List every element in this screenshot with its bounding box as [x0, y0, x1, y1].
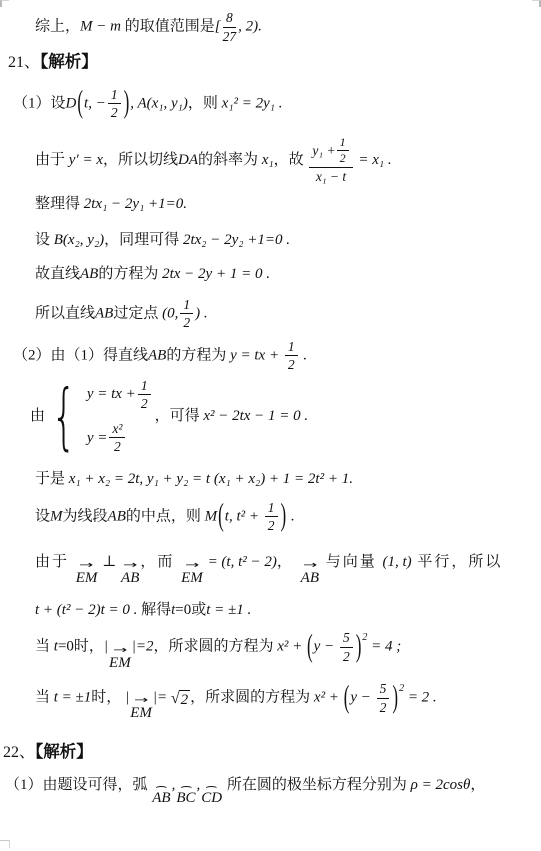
math-run: AB — [95, 305, 113, 321]
line-line-ab-equation: 故直线AB的方程为 2tx − 2y + 1 = 0 . — [35, 264, 535, 284]
math-run: y′ = x — [69, 152, 103, 168]
heading-problem-22: 22、【解析】 — [3, 741, 535, 764]
denominator: 2 — [141, 395, 148, 412]
vector-arrow-icon: → — [79, 563, 93, 570]
big-paren: ( — [77, 82, 83, 124]
text-run: 与向量 — [320, 554, 383, 570]
text-run: =0时， — [58, 639, 104, 655]
text-run: 所以直线 — [35, 305, 95, 321]
text-run: ， — [277, 554, 300, 570]
math-run: x₁ + x₂ = 2t, y₁ + y₂ = t (x₁ + x₂) + 1 … — [69, 471, 353, 487]
fraction: 12 — [108, 87, 121, 121]
vector: →EM — [109, 648, 131, 672]
vector: →AB — [121, 563, 139, 587]
math-run: | — [104, 639, 108, 655]
numerator: 1 — [337, 136, 349, 152]
math-run: D — [66, 95, 77, 111]
math-run: y = tx + — [87, 384, 136, 404]
text-run: ，可得 — [155, 408, 204, 424]
math-run: , — [197, 777, 201, 793]
math-run: , — [172, 777, 176, 793]
system-row-2: y = x²2 — [87, 421, 128, 455]
math-run: , 2). — [238, 18, 262, 34]
fraction: x²2 — [109, 421, 125, 455]
math-run: M — [50, 508, 63, 524]
math-run: . — [287, 508, 295, 524]
text-run: 的中点，则 — [126, 508, 205, 524]
line-point-b: 设 B(x₂, y₂)，同理可得 2tx₂ − 2y₂ +1=0 . — [35, 230, 535, 250]
numerator: 5 — [377, 681, 390, 699]
text-run: 的斜率为 — [198, 152, 262, 168]
vector-arrow-icon: → — [113, 648, 127, 655]
fraction: y₁ + 12x₁ − t — [309, 136, 352, 185]
math-run: t = ±1 — [54, 690, 92, 706]
fraction: 12 — [285, 339, 298, 373]
vector-label: EM — [109, 655, 131, 672]
math-run: = x₁ . — [355, 152, 392, 168]
text-run: =0或 — [175, 602, 206, 618]
math-run: x₁² = 2y₁ . — [222, 95, 283, 111]
heading-label: 【解析】 — [40, 52, 98, 71]
text-run: 时， — [91, 690, 125, 706]
text-run: ，所求圆的方程为 — [153, 639, 277, 655]
denominator: 2 — [380, 699, 387, 716]
line-setup-points: （1）设D(t, −12), A(x₁, y₁)，则 x₁² = 2y₁ . — [13, 87, 535, 121]
math-run: y − — [350, 690, 374, 706]
vector: →EM — [76, 563, 98, 587]
numerator: 1 — [265, 500, 278, 518]
text-run: ，所求圆的方程为 — [190, 690, 314, 706]
line-simplify: 整理得 2tx₁ − 2y₁ +1=0. — [35, 194, 535, 214]
big-paren: ( — [218, 496, 224, 538]
text-run: （1）由题设可得，弧 — [5, 777, 151, 793]
math-run: x² − 2tx − 1 = 0 . — [203, 408, 308, 424]
vector-arrow-icon: → — [185, 563, 199, 570]
math-run: t, − — [84, 95, 106, 111]
arc: ⌢AB — [152, 784, 170, 807]
system-row-1: y = tx + 12 — [87, 378, 153, 412]
math-run: x₁ − t — [316, 169, 346, 185]
denominator: 2 — [343, 648, 350, 665]
math-run: x² + — [314, 690, 343, 706]
line-arc-polar: （1）由题设可得，弧 ⌢AB,⌢BC,⌢CD 所在圆的极坐标方程分别为 ρ = … — [5, 775, 535, 807]
vector-label: EM — [76, 570, 98, 587]
fraction: 12 — [265, 500, 278, 534]
big-paren: ( — [307, 626, 313, 668]
text-run: 的方程为 — [166, 347, 230, 363]
solution-document-page: 综上，M − m 的取值范围是[827, 2). 21、【解析】 （1）设D(t… — [0, 0, 541, 851]
math-run: t + (t² − 2)t = 0 . — [35, 602, 137, 618]
math-run: ) . — [195, 305, 208, 321]
arc-icon: ⌢ — [180, 784, 193, 790]
vector-arrow-icon: → — [134, 698, 148, 705]
numerator: y₁ + 12 — [309, 136, 352, 169]
text-run: 设 — [35, 508, 50, 524]
numerator: 5 — [340, 630, 353, 648]
line-solve-t: t + (t² − 2)t = 0 . 解得t=0或t = ±1 . — [35, 600, 535, 620]
denominator: 2 — [111, 104, 118, 121]
text-run: 整理得 — [35, 196, 84, 212]
math-run: t, t² + — [225, 508, 263, 524]
denominator: 2 — [114, 438, 121, 455]
math-run: M — [205, 508, 218, 524]
text-run: 由于 — [35, 554, 75, 570]
math-run: |= — [153, 690, 171, 706]
math-run: B(x₂, y₂) — [54, 232, 104, 248]
math-run: y₁ + — [312, 143, 335, 159]
line-case-t1: 当 t = ±1时， |→EM|= √2，所求圆的方程为 x² + (y − 5… — [35, 681, 535, 722]
denominator: 27 — [223, 28, 237, 45]
denominator: 2 — [288, 356, 295, 373]
math-run: x² + — [277, 639, 306, 655]
line-fixed-point: 所以直线AB过定点 (0,12) . — [35, 297, 535, 331]
math-run: ⊥ — [98, 554, 120, 570]
numerator: 1 — [138, 378, 151, 396]
fraction: 12 — [138, 378, 151, 412]
text-run: ， — [470, 777, 485, 793]
math-run: | — [125, 690, 129, 706]
vector: →EM — [181, 563, 203, 587]
text-run: 22、 — [3, 744, 35, 761]
vector-label: AB — [301, 570, 319, 587]
text-run: ，故 — [274, 152, 308, 168]
math-run: 2tx₂ − 2y₂ +1=0 . — [183, 232, 290, 248]
numerator: 8 — [223, 10, 236, 28]
text-run: 当 — [35, 639, 54, 655]
text-run: 当 — [35, 690, 54, 706]
line-system: 由{y = tx + 12y = x²2，可得 x² − 2tx − 1 = 0… — [30, 378, 535, 455]
line-summary-range: 综上，M − m 的取值范围是[827, 2). — [35, 10, 535, 44]
fraction: 52 — [377, 681, 390, 715]
vector-label: EM — [181, 570, 203, 587]
math-run: (0, — [162, 305, 178, 321]
line-part2-equation: （2）由（1）得直线AB的方程为 y = tx + 12 . — [13, 339, 535, 373]
math-run: y − — [314, 639, 338, 655]
numerator: 1 — [180, 297, 193, 315]
numerator: 1 — [108, 87, 121, 105]
big-paren: ) — [356, 626, 362, 668]
math-run: = 2 . — [404, 690, 437, 706]
text-run: ，所以切线 — [103, 152, 178, 168]
scan-corner-mark-top-left — [0, 0, 9, 7]
math-run: [ — [215, 18, 221, 34]
vector-arrow-icon: → — [303, 563, 317, 570]
arc-icon: ⌢ — [205, 784, 218, 790]
arc-icon: ⌢ — [155, 784, 168, 790]
scan-corner-mark-top-right — [532, 0, 541, 7]
equation-system: {y = tx + 12y = x²2 — [47, 378, 153, 455]
math-run: = (t, t² − 2) — [204, 554, 277, 570]
math-run: y = — [87, 428, 108, 448]
math-run: 2tx₁ − 2y₁ +1=0. — [84, 196, 187, 212]
math-run: M − m — [80, 18, 125, 34]
radicand: 2 — [179, 690, 191, 709]
text-run: 故直线 — [35, 266, 80, 282]
text-run: 为线段 — [63, 508, 108, 524]
arc: ⌢BC — [176, 784, 195, 807]
text-run: ，则 — [188, 95, 222, 111]
fraction: 12 — [180, 297, 193, 331]
big-paren: ) — [124, 82, 130, 124]
big-paren: ( — [344, 677, 350, 719]
denominator: 2 — [268, 517, 275, 534]
math-run: , A(x₁, y₁) — [130, 95, 188, 111]
big-paren: ) — [281, 496, 287, 538]
math-run: AB — [148, 347, 166, 363]
text-run: ，同理可得 — [104, 232, 183, 248]
vector-label: EM — [130, 705, 152, 722]
text-run: （2）由（1）得直线 — [13, 347, 148, 363]
text-run: 的方程为 — [98, 266, 162, 282]
math-run: y = tx + — [230, 347, 283, 363]
fraction: 52 — [340, 630, 353, 664]
denominator: 2 — [340, 151, 346, 166]
text-run: 综上， — [35, 18, 80, 34]
vector: →AB — [301, 563, 319, 587]
square-root: √2 — [171, 690, 190, 709]
numerator: 1 — [285, 339, 298, 357]
text-run: 平行，所以 — [412, 554, 503, 570]
math-run: t = ±1 . — [206, 602, 251, 618]
denominator: x₁ − t — [316, 168, 346, 185]
vector-arrow-icon: → — [123, 563, 137, 570]
text-run: （1）设 — [13, 95, 66, 111]
text-run: 由于 — [35, 152, 69, 168]
math-run: x₁ — [262, 152, 274, 168]
text-run: 由 — [30, 408, 45, 424]
text-run: 于是 — [35, 471, 69, 487]
math-run: AB — [80, 266, 98, 282]
math-run: AB — [108, 508, 126, 524]
math-run: . — [300, 347, 308, 363]
text-run: 过定点 — [113, 305, 162, 321]
math-run: |=2 — [132, 639, 154, 655]
text-run: 21、 — [8, 54, 40, 71]
heading-label: 【解析】 — [35, 742, 93, 761]
system-rows: y = tx + 12y = x²2 — [87, 378, 153, 455]
denominator: 2 — [183, 314, 190, 331]
scan-corner-mark-bottom-left — [0, 840, 10, 848]
math-run: = 4 ; — [367, 639, 401, 655]
text-run: 解得 — [137, 602, 171, 618]
line-vieta: 于是 x₁ + x₂ = 2t, y₁ + y₂ = t (x₁ + x₂) +… — [35, 469, 535, 489]
math-run: ρ = 2cosθ — [411, 777, 471, 793]
text-run: 的取值范围是 — [125, 18, 215, 34]
math-run: (1, t) — [383, 554, 412, 570]
text-run: 设 — [35, 232, 54, 248]
vector: →EM — [130, 698, 152, 722]
fraction: 12 — [337, 136, 349, 167]
fraction: 827 — [223, 10, 237, 44]
line-slope-tangent: 由于 y′ = x，所以切线DA的斜率为 x₁，故 y₁ + 12x₁ − t … — [35, 136, 535, 185]
heading-problem-21: 21、【解析】 — [8, 51, 535, 74]
math-run: 2tx − 2y + 1 = 0 . — [162, 266, 270, 282]
math-run: DA — [178, 152, 198, 168]
text-run: ，而 — [140, 554, 180, 570]
line-midpoint: 设M为线段AB的中点，则 M(t, t² + 12) . — [35, 500, 535, 534]
text-run: 所在圆的极坐标方程分别为 — [223, 777, 411, 793]
arc: ⌢CD — [201, 784, 222, 807]
line-case-t0: 当 t=0时，|→EM|=2，所求圆的方程为 x² + (y − 52)2 = … — [35, 630, 535, 671]
vector-label: AB — [121, 570, 139, 587]
line-perpendicular: 由于 →EM ⊥ →AB，而 →EM = (t, t² − 2)， →AB 与向… — [35, 552, 535, 586]
numerator: x² — [109, 421, 125, 439]
big-paren: ) — [392, 677, 398, 719]
